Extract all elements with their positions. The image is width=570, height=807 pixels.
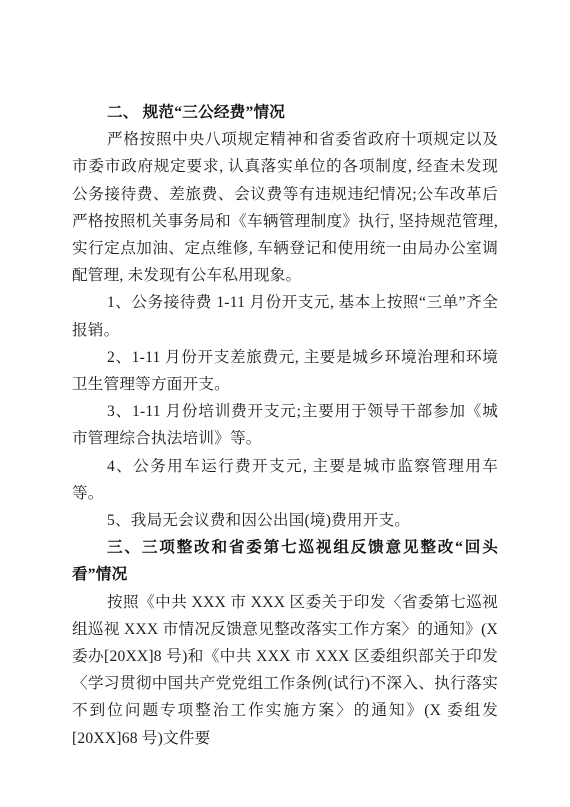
paragraph-item-1-reception-fee: 1、公务接待费 1-11 月份开支元, 基本上按照“三单”齐全报销。: [72, 289, 498, 343]
paragraph-item-2-travel-fee: 2、1-11 月份开支差旅费元, 主要是城乡环境治理和环境卫生管理等方面开支。: [72, 344, 498, 398]
paragraph-item-5-no-meeting-fee: 5、我局无会议费和因公出国(境)费用开支。: [72, 507, 498, 534]
document-page: 二、 规范“三公经费”情况 严格按照中央八项规定精神和省委省政府十项规定以及市委…: [0, 0, 570, 807]
document-text-block: 二、 规范“三公经费”情况 严格按照中央八项规定精神和省委省政府十项规定以及市委…: [72, 99, 498, 752]
section-heading-rectification-review: 三、三项整改和省委第七巡视组反馈意见整改“回头看”情况: [72, 534, 498, 588]
section-heading-three-public-expenses: 二、 规范“三公经费”情况: [72, 99, 498, 126]
paragraph-item-3-training-fee: 3、1-11 月份培训费开支元;主要用于领导干部参加《城市管理综合执法培训》等。: [72, 398, 498, 452]
paragraph-overview: 严格按照中央八项规定精神和省委省政府十项规定以及市委市政府规定要求, 认真落实单…: [72, 126, 498, 289]
paragraph-rectification-documents: 按照《中共 XXX 市 XXX 区委关于印发〈省委第七巡视组巡视 XXX 市情况…: [72, 589, 498, 752]
paragraph-item-4-vehicle-fee: 4、公务用车运行费开支元, 主要是城市监察管理用车等。: [72, 453, 498, 507]
